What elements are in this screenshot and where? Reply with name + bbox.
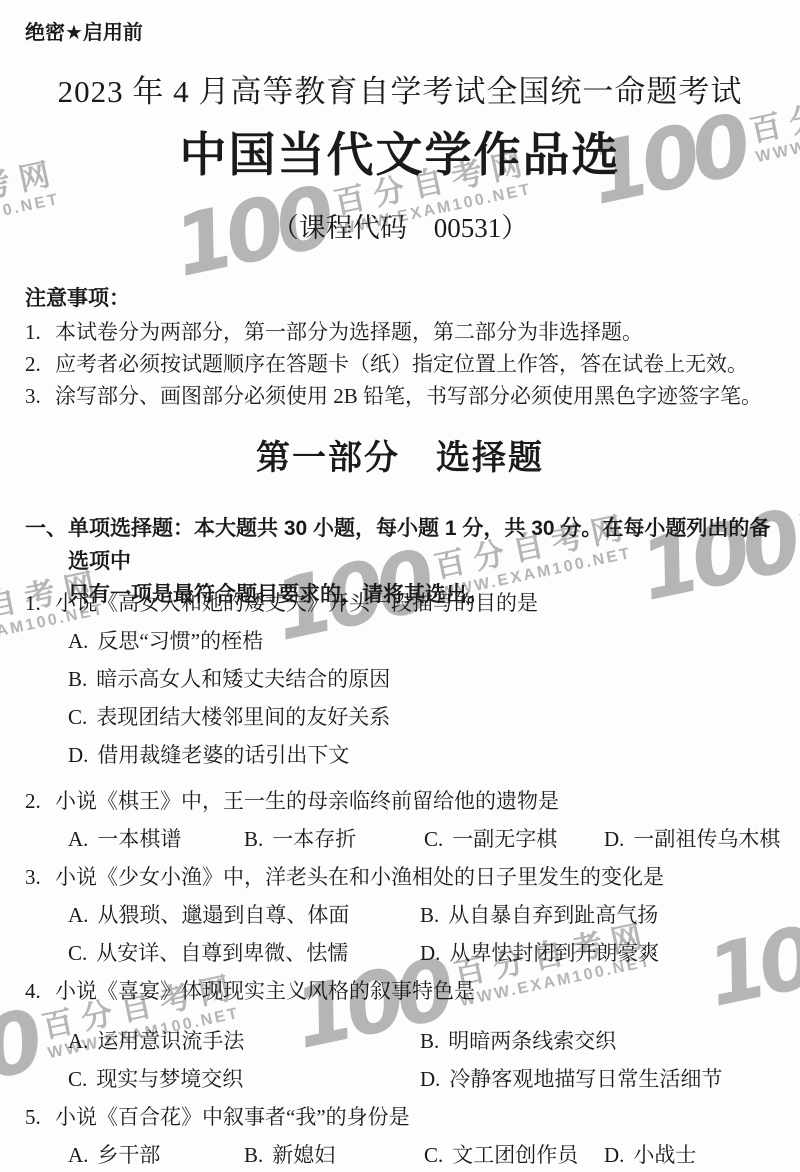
question-3: 3. 小说《少女小渔》中，洋老头在和小渔相处的日子里发生的变化是 A.从猥琐、邋… xyxy=(0,858,800,972)
option-a: A.乡干部 xyxy=(68,1136,244,1172)
option-c: C.表现团结大楼邻里间的友好关系 xyxy=(0,698,800,736)
option-c: C.一副无字棋 xyxy=(424,820,604,858)
options: A.乡干部 B.新媳妇 C.文工团创作员 D.小战士 xyxy=(0,1136,800,1172)
note-item: 2. 应考者必须按试题顺序在答题卡（纸）指定位置上作答，答在试卷上无效。 xyxy=(25,348,780,380)
note-number: 3. xyxy=(25,380,41,412)
question-number: 1. xyxy=(25,584,41,622)
note-number: 1. xyxy=(25,316,41,348)
question-number: 4. xyxy=(25,972,41,1010)
option-d: D.一副祖传乌木棋 xyxy=(604,820,800,858)
question-text: 小说《百合花》中叙事者“我”的身份是 xyxy=(55,1105,410,1129)
question-stem: 5. 小说《百合花》中叙事者“我”的身份是 xyxy=(0,1098,800,1136)
option-label: D. xyxy=(68,743,88,767)
option-label: C. xyxy=(68,941,87,965)
option-c: C.从安详、自尊到卑微、怯懦 xyxy=(68,934,420,972)
option-a: A.从猥琐、邋遢到自尊、体面 xyxy=(68,896,420,934)
part1-heading: 第一部分 选择题 xyxy=(0,430,800,479)
option-label: B. xyxy=(420,1029,439,1053)
option-c: C.文工团创作员 xyxy=(424,1136,604,1172)
option-label: A. xyxy=(68,827,88,851)
question-text: 小说《棋王》中，王一生的母亲临终前留给他的遗物是 xyxy=(55,789,559,813)
option-label: B. xyxy=(420,903,439,927)
option-label: A. xyxy=(68,1029,88,1053)
options: A.运用意识流手法 B.明暗两条线索交织 C.现实与梦境交织 D.冷静客观地描写… xyxy=(0,1022,800,1098)
option-label: D. xyxy=(420,941,440,965)
option-text: 一本棋谱 xyxy=(97,827,181,851)
option-label: C. xyxy=(68,1067,87,1091)
question-1: 1. 小说《高女人和她的矮丈夫》开头一段描写的目的是 A.反思“习惯”的桎梏 B… xyxy=(0,584,800,774)
question-stem: 1. 小说《高女人和她的矮丈夫》开头一段描写的目的是 xyxy=(0,584,800,622)
option-c: C.现实与梦境交织 xyxy=(68,1060,420,1098)
option-label: C. xyxy=(424,1143,443,1167)
option-text: 从自暴自弃到趾高气扬 xyxy=(448,903,658,927)
option-text: 反思“习惯”的桎梏 xyxy=(97,629,263,653)
option-label: D. xyxy=(604,827,624,851)
option-text: 文工团创作员 xyxy=(452,1143,578,1167)
section1-instructions-line1: 单项选择题：本大题共 30 小题，每小题 1 分，共 30 分。在每小题列出的备… xyxy=(0,512,786,578)
option-label: A. xyxy=(68,1143,88,1167)
option-b: B.新媳妇 xyxy=(244,1136,424,1172)
option-b: B.一本存折 xyxy=(244,820,424,858)
option-label: B. xyxy=(68,667,87,691)
option-text: 新媳妇 xyxy=(272,1143,335,1167)
options: A.反思“习惯”的桎梏 B.暗示高女人和矮丈夫结合的原因 C.表现团结大楼邻里间… xyxy=(0,622,800,774)
option-b: B.从自暴自弃到趾高气扬 xyxy=(420,896,800,934)
option-text: 明暗两条线索交织 xyxy=(448,1029,616,1053)
notes-heading: 注意事项： xyxy=(25,282,780,312)
question-4: 4. 小说《喜宴》体现现实主义风格的叙事特色是 A.运用意识流手法 B.明暗两条… xyxy=(0,972,800,1098)
notes-section: 注意事项： 1. 本试卷分为两部分，第一部分为选择题，第二部分为非选择题。 2.… xyxy=(25,282,780,412)
note-number: 2. xyxy=(25,348,41,380)
option-label: A. xyxy=(68,903,88,927)
note-text: 涂写部分、画图部分必须使用 2B 铅笔，书写部分必须使用黑色字迹签字笔。 xyxy=(55,384,762,408)
option-text: 一本存折 xyxy=(272,827,356,851)
question-number: 3. xyxy=(25,858,41,896)
question-text: 小说《高女人和她的矮丈夫》开头一段描写的目的是 xyxy=(55,591,538,615)
option-a: A.运用意识流手法 xyxy=(68,1022,420,1060)
option-label: B. xyxy=(244,1143,263,1167)
option-b: B.暗示高女人和矮丈夫结合的原因 xyxy=(0,660,800,698)
question-stem: 3. 小说《少女小渔》中，洋老头在和小渔相处的日子里发生的变化是 xyxy=(0,858,800,896)
option-label: C. xyxy=(68,705,87,729)
option-d: D.借用裁缝老婆的话引出下文 xyxy=(0,736,800,774)
note-text: 本试卷分为两部分，第一部分为选择题，第二部分为非选择题。 xyxy=(55,320,643,344)
exam-title: 2023 年 4 月高等教育自学考试全国统一命题考试 xyxy=(0,66,800,111)
option-text: 暗示高女人和矮丈夫结合的原因 xyxy=(96,667,390,691)
question-list: 1. 小说《高女人和她的矮丈夫》开头一段描写的目的是 A.反思“习惯”的桎梏 B… xyxy=(0,584,800,1172)
question-stem: 2. 小说《棋王》中，王一生的母亲临终前留给他的遗物是 xyxy=(0,782,800,820)
question-5: 5. 小说《百合花》中叙事者“我”的身份是 A.乡干部 B.新媳妇 C.文工团创… xyxy=(0,1098,800,1172)
options: A.从猥琐、邋遢到自尊、体面 B.从自暴自弃到趾高气扬 C.从安详、自尊到卑微、… xyxy=(0,896,800,972)
options: A.一本棋谱 B.一本存折 C.一副无字棋 D.一副祖传乌木棋 xyxy=(0,820,800,858)
question-number: 2. xyxy=(25,782,41,820)
note-item: 1. 本试卷分为两部分，第一部分为选择题，第二部分为非选择题。 xyxy=(25,316,780,348)
option-text: 从猥琐、邋遢到自尊、体面 xyxy=(97,903,349,927)
option-text: 乡干部 xyxy=(97,1143,160,1167)
note-text: 应考者必须按试题顺序在答题卡（纸）指定位置上作答，答在试卷上无效。 xyxy=(55,352,748,376)
option-text: 表现团结大楼邻里间的友好关系 xyxy=(96,705,390,729)
question-number: 5. xyxy=(25,1098,41,1136)
option-d: D.冷静客观地描写日常生活细节 xyxy=(420,1060,800,1098)
note-item: 3. 涂写部分、画图部分必须使用 2B 铅笔，书写部分必须使用黑色字迹签字笔。 xyxy=(25,380,780,412)
question-text: 小说《少女小渔》中，洋老头在和小渔相处的日子里发生的变化是 xyxy=(55,865,664,889)
course-code: （课程代码 00531） xyxy=(0,206,800,245)
option-text: 现实与梦境交织 xyxy=(96,1067,243,1091)
option-text: 从卑怯封闭到开朗豪爽 xyxy=(449,941,659,965)
option-a: A.反思“习惯”的桎梏 xyxy=(0,622,800,660)
option-text: 借用裁缝老婆的话引出下文 xyxy=(97,743,349,767)
option-label: A. xyxy=(68,629,88,653)
exam-paper-page: 100 百分自考网 WWW.EXAM100.NET 100 百分自考网 WWW.… xyxy=(0,0,800,1172)
exam-content: 绝密★启用前 2023 年 4 月高等教育自学考试全国统一命题考试 中国当代文学… xyxy=(0,0,800,1172)
option-text: 冷静客观地描写日常生活细节 xyxy=(449,1067,722,1091)
question-2: 2. 小说《棋王》中，王一生的母亲临终前留给他的遗物是 A.一本棋谱 B.一本存… xyxy=(0,782,800,858)
question-stem: 4. 小说《喜宴》体现现实主义风格的叙事特色是 xyxy=(0,972,800,1010)
option-text: 一副祖传乌木棋 xyxy=(633,827,780,851)
option-text: 一副无字棋 xyxy=(452,827,557,851)
option-d: D.从卑怯封闭到开朗豪爽 xyxy=(420,934,800,972)
option-label: C. xyxy=(424,827,443,851)
question-text: 小说《喜宴》体现现实主义风格的叙事特色是 xyxy=(55,979,475,1003)
option-text: 小战士 xyxy=(633,1143,696,1167)
option-label: D. xyxy=(420,1067,440,1091)
section1-number: 一、 xyxy=(25,512,67,545)
classification-label: 绝密★启用前 xyxy=(25,16,143,45)
option-b: B.明暗两条线索交织 xyxy=(420,1022,800,1060)
option-d: D.小战士 xyxy=(604,1136,800,1172)
option-label: D. xyxy=(604,1143,624,1167)
option-text: 运用意识流手法 xyxy=(97,1029,244,1053)
subject-title: 中国当代文学作品选 xyxy=(0,118,800,185)
option-a: A.一本棋谱 xyxy=(68,820,244,858)
option-label: B. xyxy=(244,827,263,851)
option-text: 从安详、自尊到卑微、怯懦 xyxy=(96,941,348,965)
